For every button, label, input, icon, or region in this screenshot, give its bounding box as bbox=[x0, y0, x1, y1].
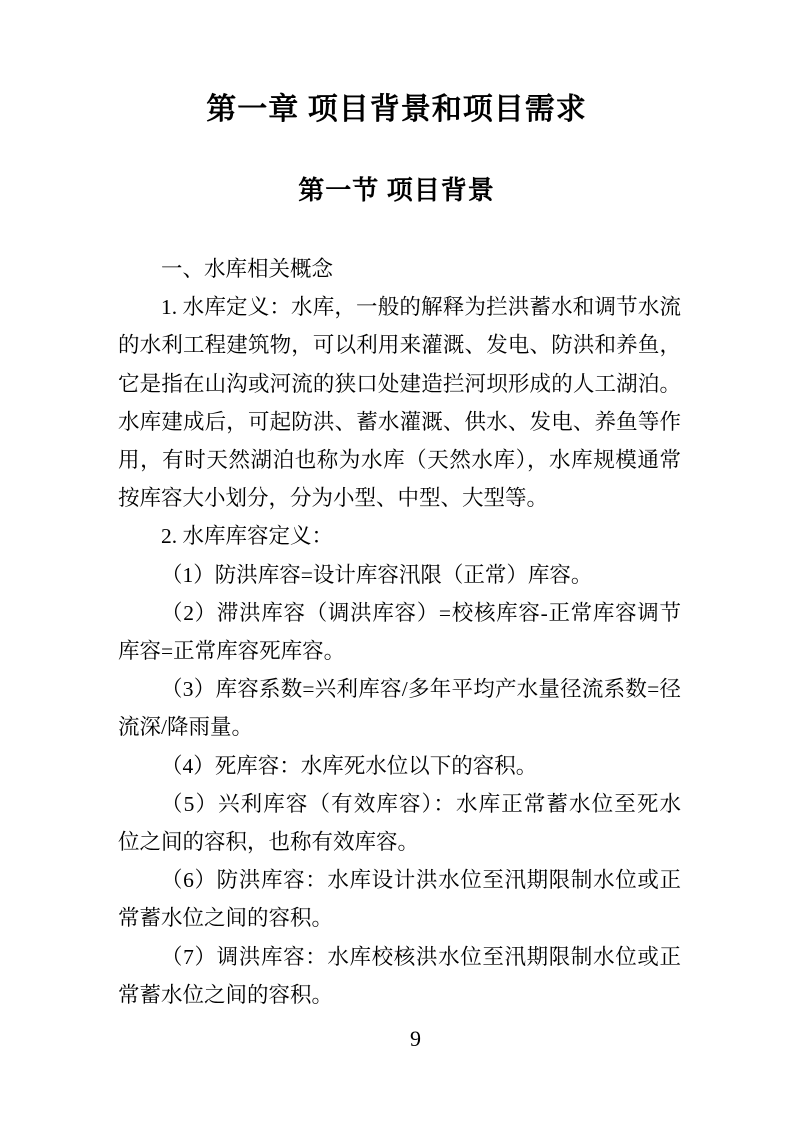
text-line: 一、水库相关概念 bbox=[118, 250, 681, 288]
section-title: 第一节 项目背景 bbox=[0, 174, 793, 208]
text-line: （6）防洪库容：水库设计洪水位至汛期限制水位或正 bbox=[118, 861, 681, 899]
text-line: （7）调洪库容：水库校核洪水位至汛期限制水位或正 bbox=[118, 938, 681, 976]
text-line: （3）库容系数=兴利库容/多年平均产水量径流系数=径 bbox=[118, 670, 681, 708]
text-line: 1. 水库定义：水库，一般的解释为拦洪蓄水和调节水流 bbox=[118, 288, 681, 326]
text-line: 位之间的容积，也称有效库容。 bbox=[118, 823, 681, 861]
text-line: 2. 水库库容定义： bbox=[118, 517, 681, 555]
text-line: 常蓄水位之间的容积。 bbox=[118, 976, 681, 1014]
text-line: 库容=正常库容死库容。 bbox=[118, 632, 681, 670]
text-line: （1）防洪库容=设计库容汛限（正常）库容。 bbox=[118, 556, 681, 594]
text-line: 它是指在山沟或河流的狭口处建造拦河坝形成的人工湖泊。 bbox=[118, 365, 681, 403]
chapter-title: 第一章 项目背景和项目需求 bbox=[0, 90, 793, 130]
text-line: （4）死库容：水库死水位以下的容积。 bbox=[118, 747, 681, 785]
text-line: 常蓄水位之间的容积。 bbox=[118, 899, 681, 937]
text-line: （2）滞洪库容（调洪库容）=校核库容-正常库容调节 bbox=[118, 594, 681, 632]
text-line: 按库容大小划分，分为小型、中型、大型等。 bbox=[118, 479, 681, 517]
text-line: 用，有时天然湖泊也称为水库（天然水库），水库规模通常 bbox=[118, 441, 681, 479]
text-line: 流深/降雨量。 bbox=[118, 708, 681, 746]
text-line: 的水利工程建筑物，可以利用来灌溉、发电、防洪和养鱼， bbox=[118, 326, 681, 364]
text-line: （5）兴利库容（有效库容）：水库正常蓄水位至死水 bbox=[118, 785, 681, 823]
body-text: 一、水库相关概念1. 水库定义：水库，一般的解释为拦洪蓄水和调节水流的水利工程建… bbox=[118, 250, 681, 1014]
page-number: 9 bbox=[410, 1024, 421, 1054]
document-page: 第一章 项目背景和项目需求 第一节 项目背景 一、水库相关概念1. 水库定义：水… bbox=[0, 0, 793, 1122]
text-line: 水库建成后，可起防洪、蓄水灌溉、供水、发电、养鱼等作 bbox=[118, 403, 681, 441]
